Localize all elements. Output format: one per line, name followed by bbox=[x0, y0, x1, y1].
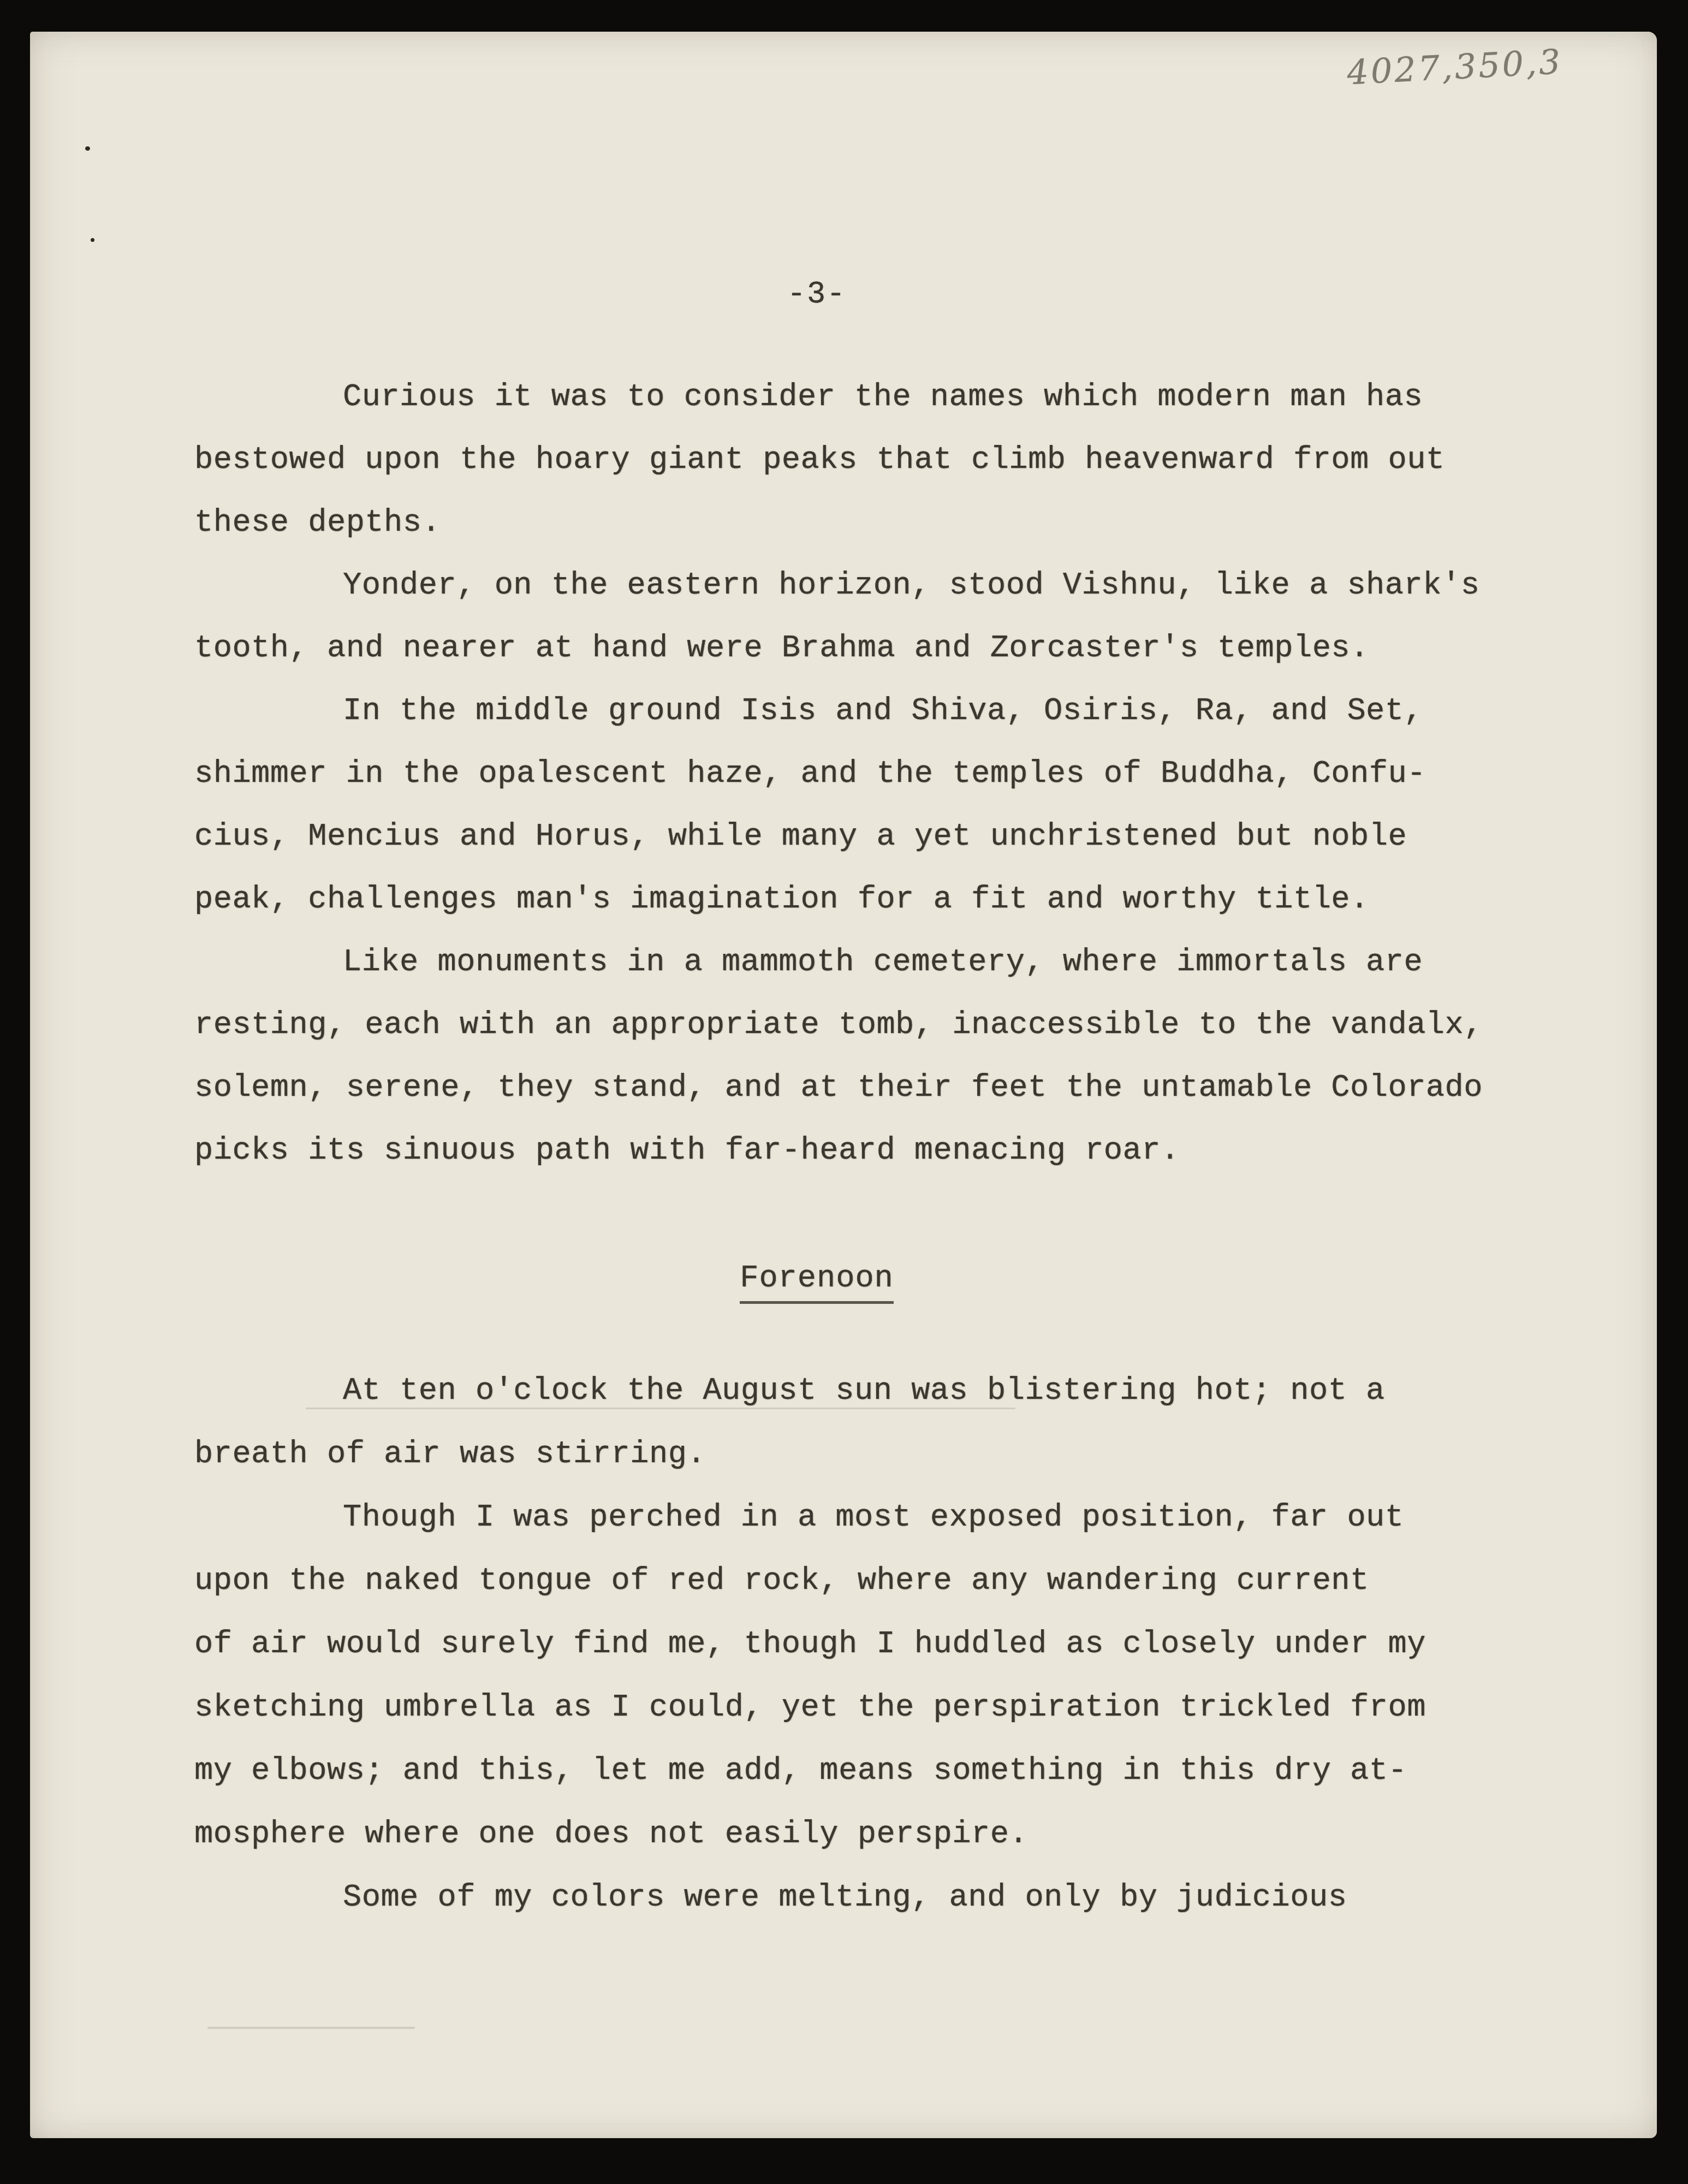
typed-line: solemn, serene, they stand, and at their… bbox=[194, 1073, 1461, 1104]
section-heading: Forenoon bbox=[740, 1261, 894, 1304]
typed-line: bestowed upon the hoary giant peaks that… bbox=[194, 445, 1461, 476]
typed-line: Yonder, on the eastern horizon, stood Vi… bbox=[194, 571, 1609, 602]
typed-line: mosphere where one does not easily persp… bbox=[194, 1819, 1461, 1850]
typed-line: Like monuments in a mammoth cemetery, wh… bbox=[194, 947, 1609, 978]
typed-line: In the middle ground Isis and Shiva, Osi… bbox=[194, 696, 1609, 727]
scan-streak bbox=[306, 1408, 1015, 1409]
typed-line: picks its sinuous path with far-heard me… bbox=[194, 1136, 1461, 1167]
typed-line: my elbows; and this, let me add, means s… bbox=[194, 1756, 1461, 1787]
typed-line: tooth, and nearer at hand were Brahma an… bbox=[194, 633, 1461, 664]
typed-line: upon the naked tongue of red rock, where… bbox=[194, 1566, 1461, 1597]
typed-line: sketching umbrella as I could, yet the p… bbox=[194, 1693, 1461, 1724]
page-number: -3- bbox=[194, 277, 1439, 312]
typed-line: shimmer in the opalescent haze, and the … bbox=[194, 759, 1461, 790]
scan-streak bbox=[207, 2027, 415, 2029]
typed-line: these depths. bbox=[194, 508, 1461, 539]
paper-speck bbox=[91, 238, 94, 242]
scan-background: { "document": { "handwritten_number": "4… bbox=[0, 0, 1688, 2184]
typed-line: Though I was perched in a most exposed p… bbox=[194, 1503, 1609, 1534]
section-heading-row: Forenoon bbox=[194, 1261, 1439, 1304]
typed-line: Curious it was to consider the names whi… bbox=[194, 382, 1609, 413]
typed-line: cius, Mencius and Horus, while many a ye… bbox=[194, 822, 1461, 853]
typed-line: breath of air was stirring. bbox=[194, 1439, 1461, 1470]
paper-speck bbox=[85, 146, 90, 151]
handwritten-accession-number: 4027,350,3 bbox=[1305, 41, 1564, 94]
typed-line: At ten o'clock the August sun was bliste… bbox=[194, 1376, 1609, 1407]
typed-line: peak, challenges man's imagination for a… bbox=[194, 885, 1461, 916]
typed-line: of air would surely find me, though I hu… bbox=[194, 1629, 1461, 1660]
typed-line: Some of my colors were melting, and only… bbox=[194, 1883, 1609, 1914]
typed-line: resting, each with an appropriate tomb, … bbox=[194, 1010, 1461, 1041]
page-content-layer: 4027,350,3 -3- Curious it was to conside… bbox=[0, 0, 1688, 2184]
